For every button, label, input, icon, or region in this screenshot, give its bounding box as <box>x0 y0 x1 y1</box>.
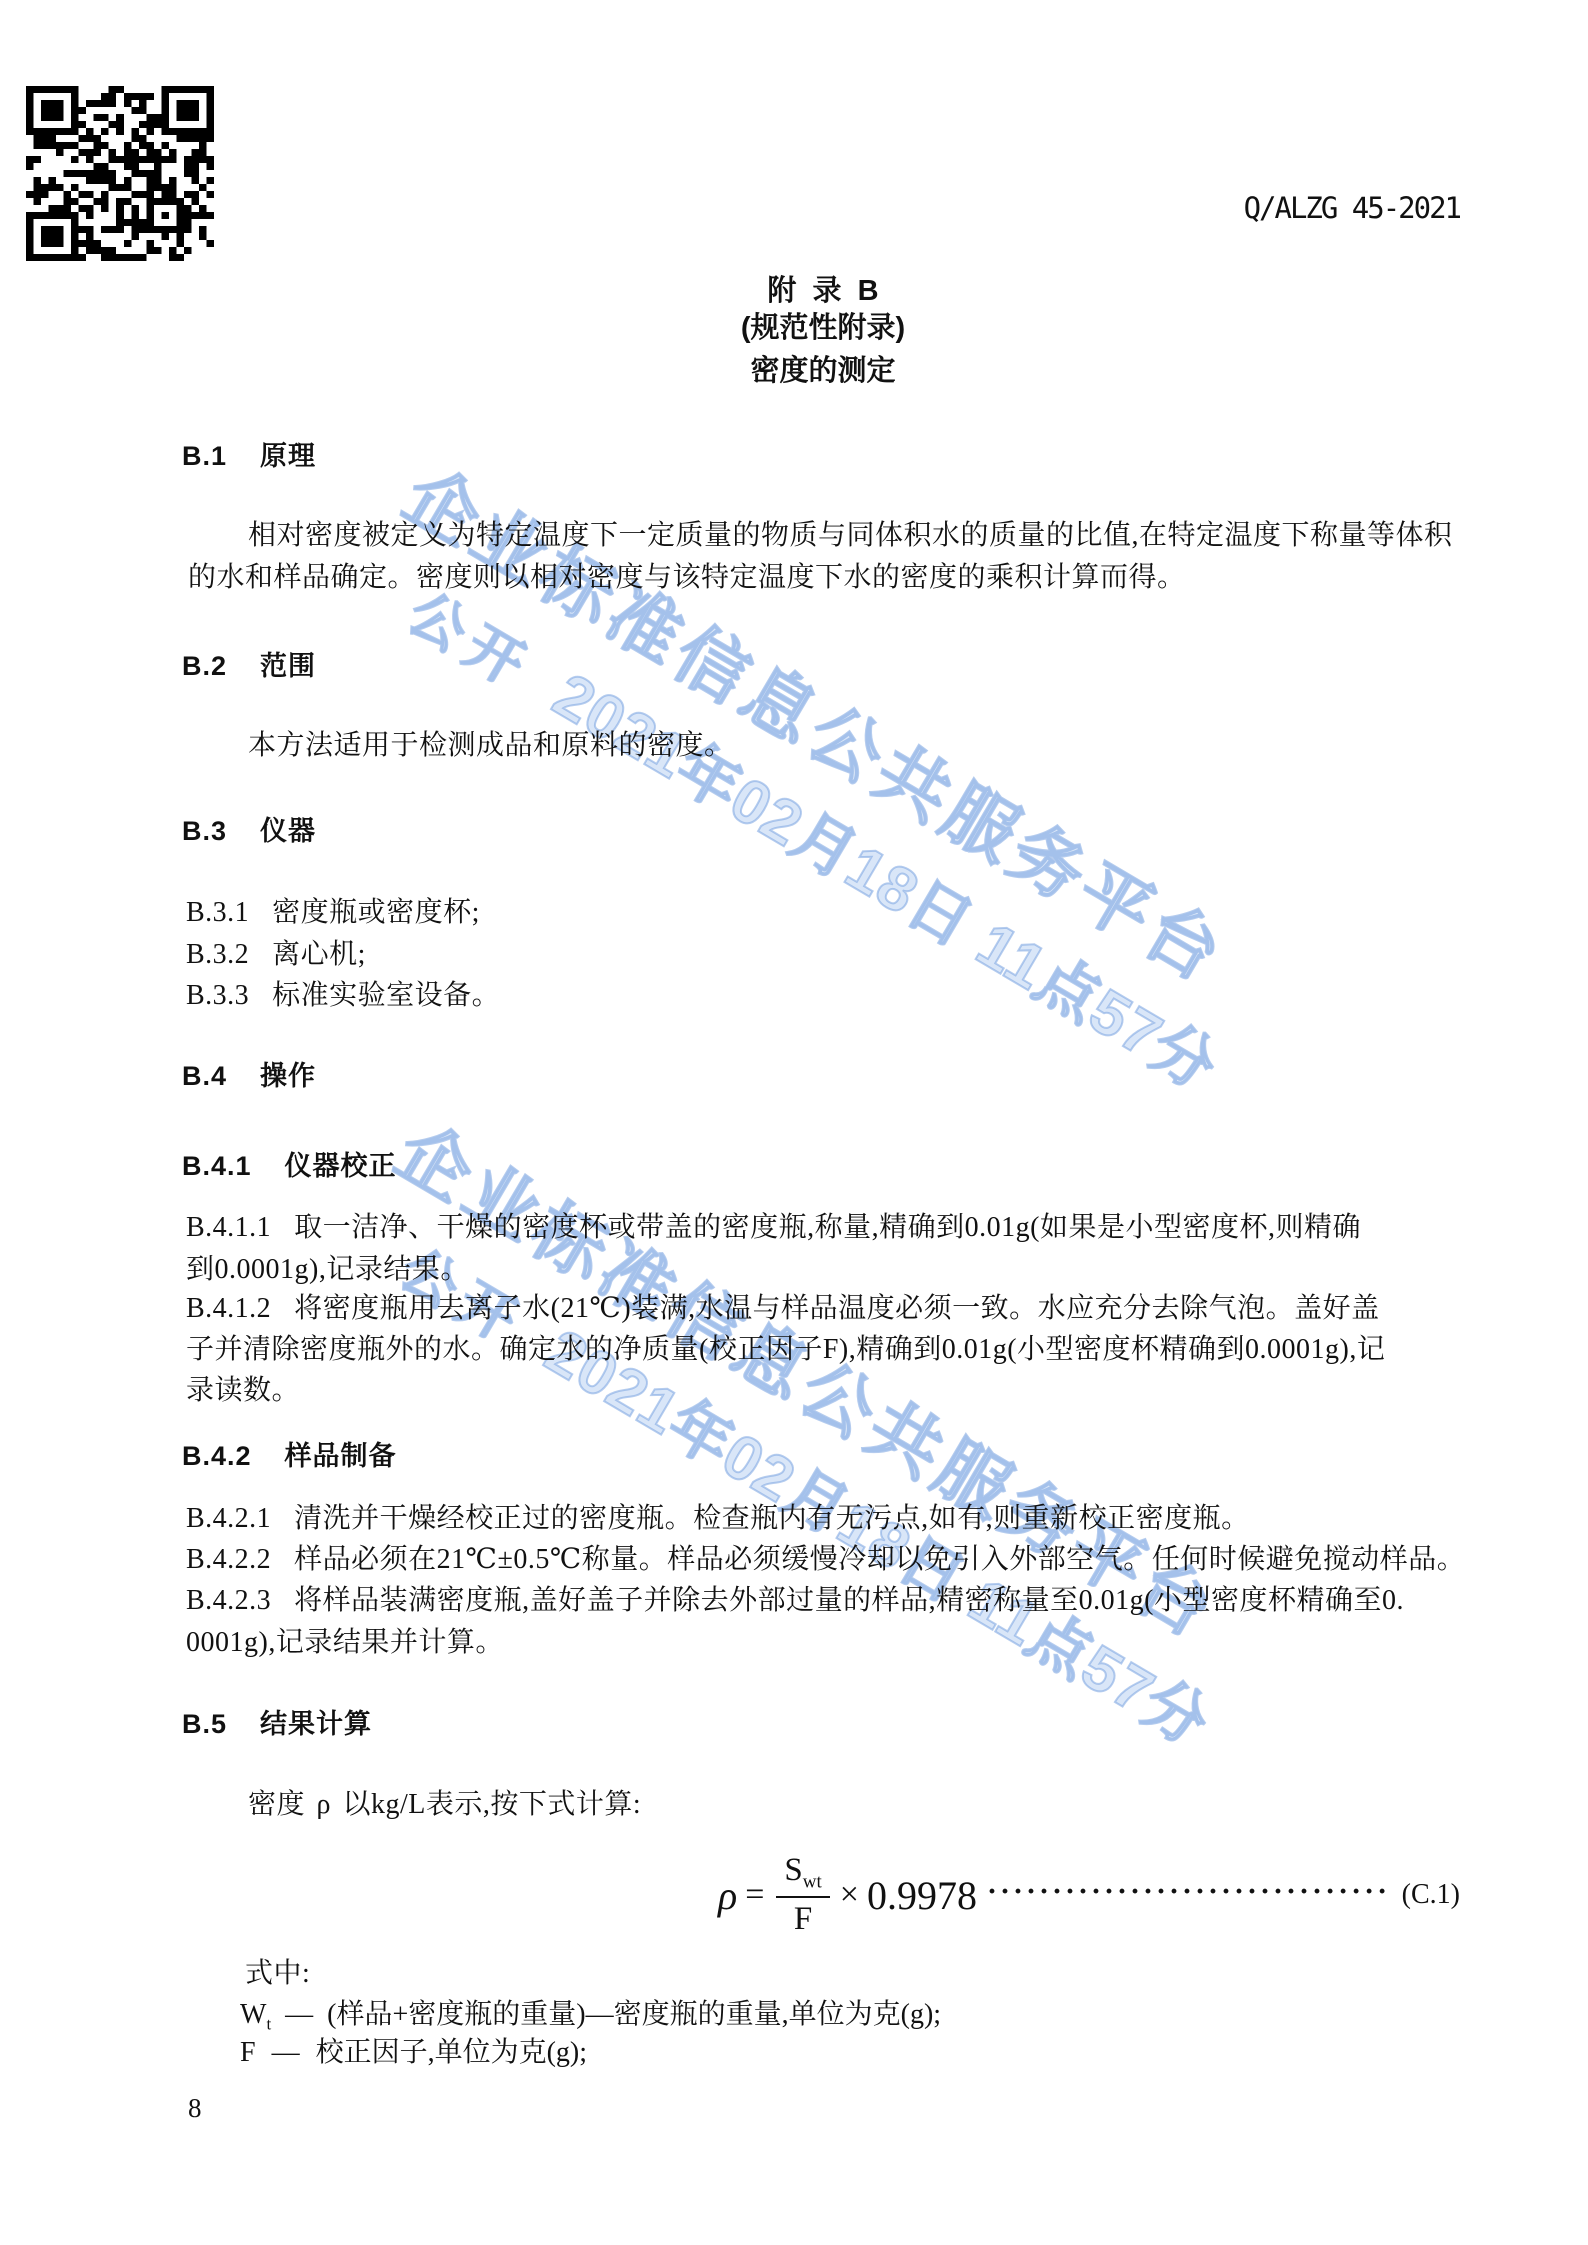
heading-b2: B.2 范围 <box>182 653 316 680</box>
formula-denominator: F <box>776 1898 829 1936</box>
formula-numerator-subscript: wt <box>803 1872 822 1893</box>
heading-b1: B.1 原理 <box>182 443 316 470</box>
formula-equation-number: (C.1) <box>1402 1879 1460 1911</box>
paragraph-b2: 本方法适用于检测成品和原料的密度。 <box>248 732 733 760</box>
paragraph-b411-line1: B.4.1.1 取一洁净、干燥的密度杯或带盖的密度瓶,称量,精确到0.01g(如… <box>186 1214 1361 1242</box>
formula-c1: ρ = Swt F × 0.9978 ·····················… <box>718 1843 1460 1947</box>
document-number: Q/ALZG 45-2021 <box>1238 194 1460 223</box>
legend-f-line: F — 校正因子,单位为克(g); <box>240 2039 587 2071</box>
formula-dot-leader: ········································… <box>987 1875 1392 1909</box>
heading-b42: B.4.2 样品制备 <box>182 1443 397 1470</box>
formula-fraction: Swt F <box>776 1854 829 1936</box>
legend-f-dash: — <box>272 2039 300 2067</box>
formula-factor: 0.9978 <box>867 1872 977 1919</box>
heading-b41: B.4.1 仪器校正 <box>182 1153 397 1180</box>
watermark-public-text-1: 公开 <box>400 584 542 699</box>
paragraph-b423-line1: B.4.2.3 将样品装满密度瓶,盖好盖子并除去外部过量的样品,精密称量至0.0… <box>186 1587 1404 1615</box>
list-item-b31: B.3.1 密度瓶或密度杯; <box>186 899 480 927</box>
appendix-topic: 密度的测定 <box>188 357 1458 386</box>
paragraph-b421: B.4.2.1 清洗并干燥经校正过的密度瓶。检查瓶内有无污点,如有,则重新校正密… <box>186 1505 1250 1533</box>
document-page: { "header": { "doc_number": "Q/ALZG 45-2… <box>0 0 1588 2245</box>
page-number: 8 <box>188 2095 202 2122</box>
list-item-b32: B.3.2 离心机; <box>186 941 366 969</box>
legend-wt-symbol: Wt <box>240 2001 271 2033</box>
formula-numerator: Swt <box>776 1854 829 1898</box>
paragraph-b422: B.4.2.2 样品必须在21℃±0.5℃称量。样品必须缓慢冷却以免引入外部空气… <box>186 1546 1465 1574</box>
legend-wt-definition: (样品+密度瓶的重量)—密度瓶的重量,单位为克(g); <box>327 2001 941 2029</box>
paragraph-b411-line2: 到0.0001g),记录结果。 <box>186 1256 469 1284</box>
formula-rho-symbol: ρ <box>718 1872 737 1919</box>
paragraph-b5-intro: 密度 ρ 以kg/L表示,按下式计算: <box>248 1791 641 1819</box>
heading-b4: B.4 操作 <box>182 1063 316 1090</box>
qr-code <box>26 86 214 261</box>
legend-wt-dash: — <box>285 2001 313 2029</box>
appendix-subtitle: (规范性附录) <box>188 314 1458 343</box>
legend-wt-subscript: t <box>266 2015 271 2034</box>
watermark-datetime-2: 2021年02月18日 11点57分 <box>536 1320 1219 1757</box>
paragraph-b1-line2: 的水和样品确定。密度则以相对密度与该特定温度下水的密度的乘积计算而得。 <box>188 564 1186 592</box>
paragraph-b423-line2: 0001g),记录结果并计算。 <box>186 1629 504 1657</box>
heading-b5: B.5 结果计算 <box>182 1711 372 1738</box>
paragraph-b412-line3: 录读数。 <box>186 1377 300 1405</box>
legend-wt-line: Wt — (样品+密度瓶的重量)—密度瓶的重量,单位为克(g); <box>240 2001 941 2033</box>
list-item-b33: B.3.3 标准实验室设备。 <box>186 982 500 1010</box>
formula-times-sign: × <box>840 1876 859 1914</box>
paragraph-b412-line2: 子并清除密度瓶外的水。确定水的净质量(校正因子F),精确到0.01g(小型密度杯… <box>186 1336 1385 1364</box>
heading-b3: B.3 仪器 <box>182 818 316 845</box>
legend-intro: 式中: <box>245 1960 310 1988</box>
paragraph-b1-line1: 相对密度被定义为特定温度下一定质量的物质与同体积水的质量的比值,在特定温度下称量… <box>248 522 1453 550</box>
formula-equals-sign: = <box>745 1876 764 1914</box>
legend-f-symbol: F <box>240 2039 256 2071</box>
legend-f-definition: 校正因子,单位为克(g); <box>316 2039 587 2067</box>
paragraph-b412-line1: B.4.1.2 将密度瓶用去离子水(21℃)装满,水温与样品温度必须一致。水应充… <box>186 1295 1380 1323</box>
appendix-title: 附 录 B <box>188 277 1458 306</box>
